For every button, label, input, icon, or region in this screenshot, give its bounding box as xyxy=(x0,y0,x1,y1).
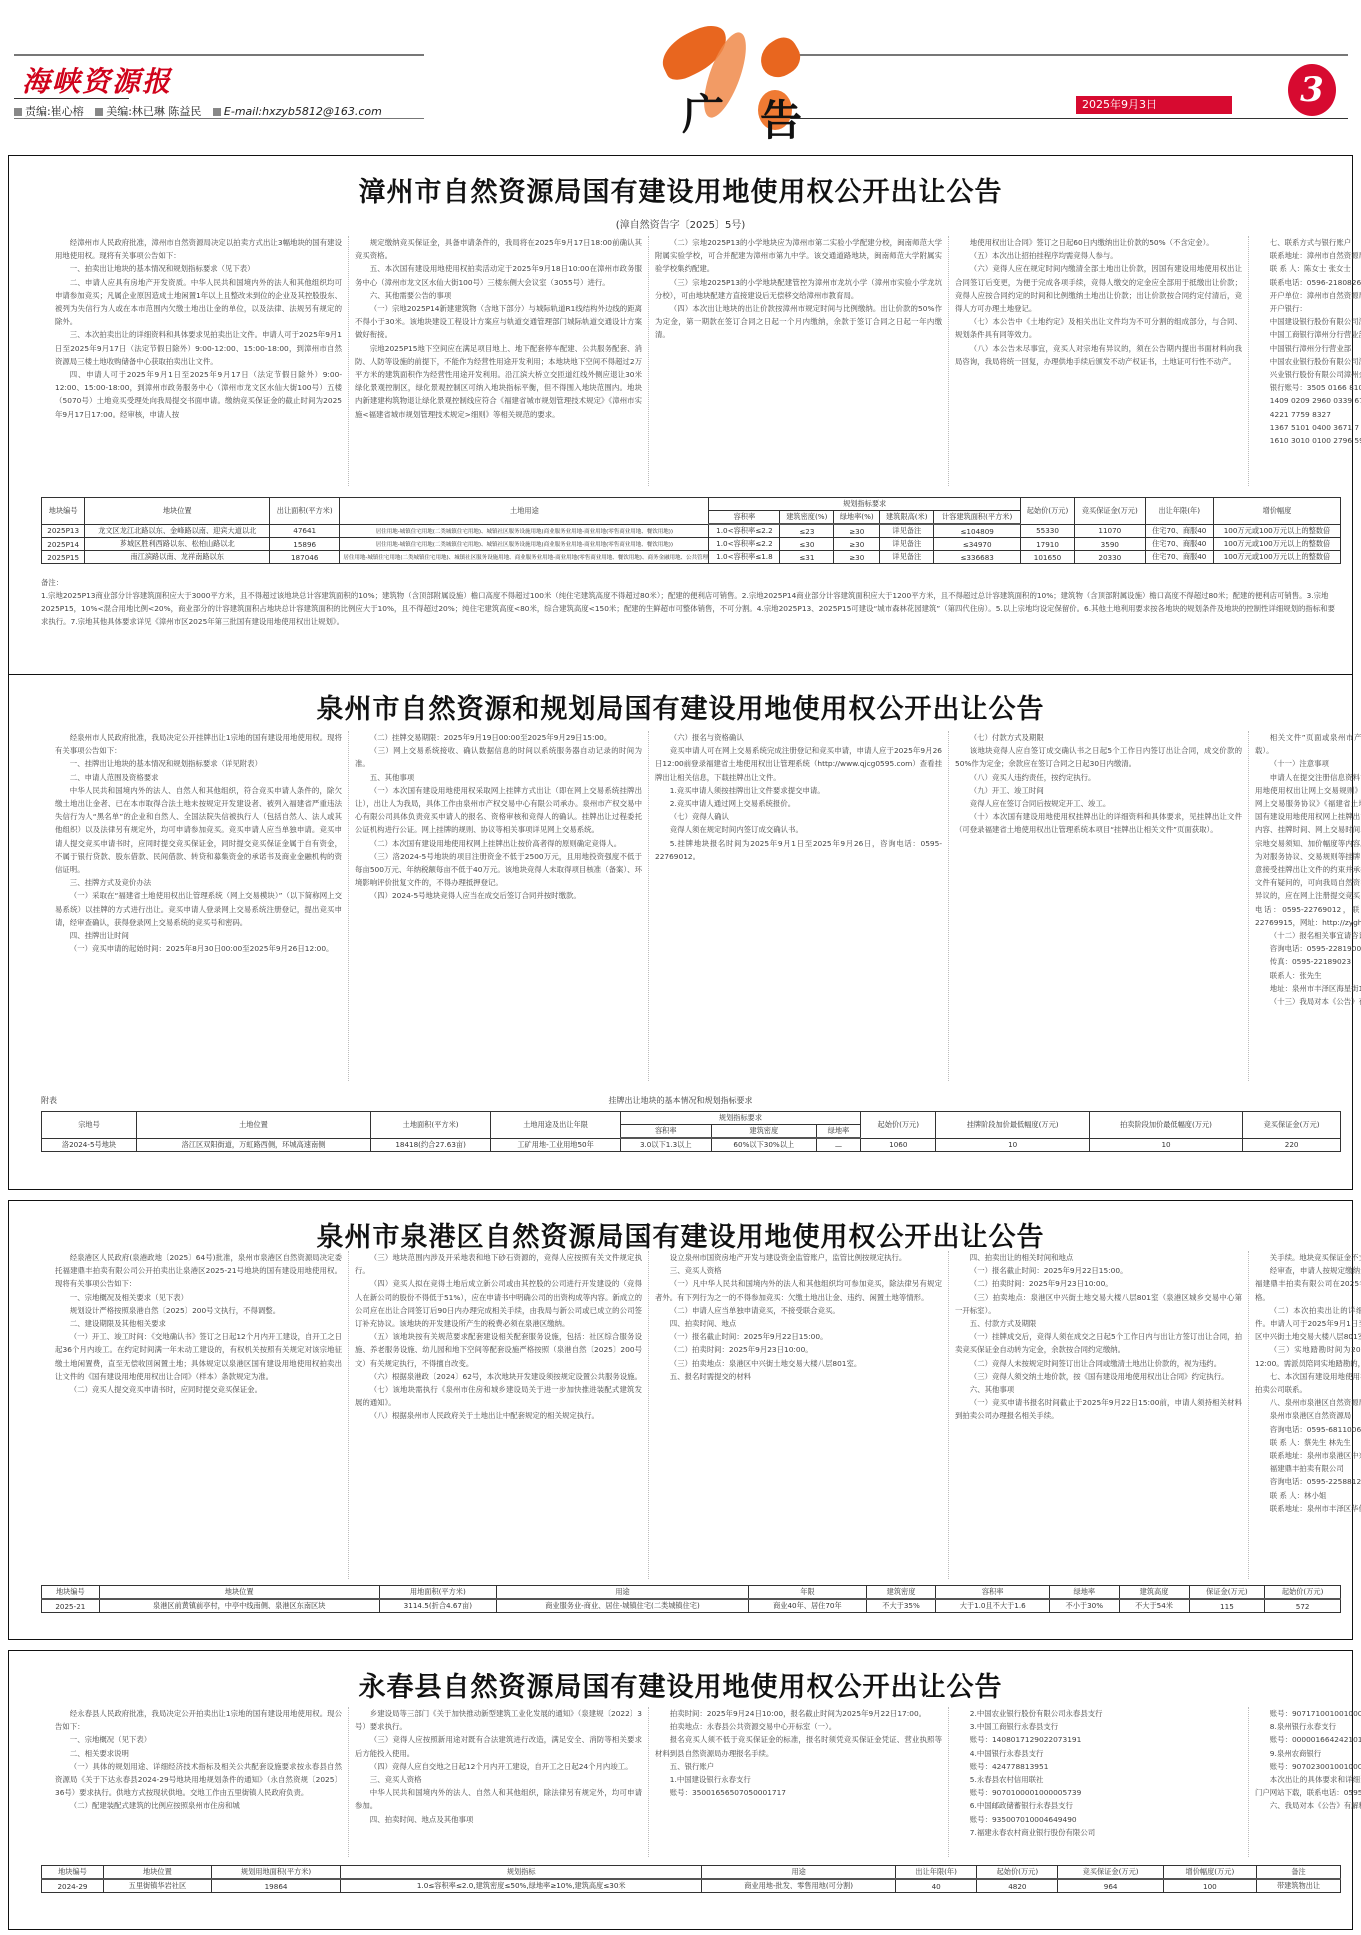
notice-title: 永春县自然资源局国有建设用地使用权公开出让公告 xyxy=(9,1665,1352,1704)
logo-underline xyxy=(14,98,129,99)
table-cell: 居住用地-城镇住宅用地(二类城镇住宅用地)、城镇社区服务设施用地(商业服务业用地… xyxy=(340,538,709,551)
paragraph: 咨询电话：0595-68110068 68110006 xyxy=(1255,1423,1361,1436)
table-cell: 2024-29 xyxy=(42,1879,104,1893)
remarks-label: 备注： xyxy=(41,576,1341,589)
table-cell: 19864 xyxy=(211,1879,340,1893)
table-row: 2024-29五里街镇华岩社区198641.0≤容积率≤2.0,建筑密度≤50%… xyxy=(42,1879,1341,1893)
table-cell: 1060 xyxy=(861,1138,936,1152)
col-header: 容积率 xyxy=(709,511,780,525)
table-cell: 1.0<容积率≤2.2 xyxy=(709,538,780,551)
paragraph: 3.中国工商银行永春县支行 xyxy=(955,1720,1242,1733)
table-cell: 100万元或100万元以上的整数倍 xyxy=(1213,538,1340,551)
paragraph: 账号：0000016642421012 xyxy=(1255,1733,1361,1746)
paragraph: 本次出让的具体要求和详细资料，申请人可到永春县人民政府门户网站下载，联系电话：0… xyxy=(1255,1773,1361,1799)
col-header: 地块位置 xyxy=(99,1586,379,1600)
paragraph: 咨询电话：0595-22588126 13506922719 xyxy=(1255,1475,1361,1488)
table-row: 2025P15南江滨路以南、龙祥南路以东187046居住用地-城镇住宅用地(二类… xyxy=(42,551,1341,564)
paragraph: 2.竞买申请人通过网上交易系统报价。 xyxy=(655,797,942,810)
notice-zhangzhou: 漳州市自然资源局国有建设用地使用权公开出让公告 (漳自然资告字〔2025〕5号)… xyxy=(8,155,1353,675)
table-cell: 1.0≤容积率≤2.0,建筑密度≤50%,绿地率≥10%,建筑高度≤30米 xyxy=(341,1879,702,1893)
parcel-table: 地块编号地块位置用地面积(平方米)用途年限建筑密度容积率绿地率建筑高度保证金(万… xyxy=(41,1585,1341,1613)
notice-quanzhou: 泉州市自然资源和规划局国有建设用地使用权公开出让公告 经泉州市人民政府批准，我局… xyxy=(8,675,1353,1190)
paragraph: （十）本次国有建设用地使用权挂牌出让的详细资料和具体要求，见挂牌出让文件（可登录… xyxy=(955,810,1242,836)
text-column: 经泉港区人民政府(泉港政地〔2025〕64号)批准，泉州市泉港区自然资源局决定委… xyxy=(49,1251,349,1579)
text-column: （三）地块范围内涉及开采地表和地下砂石资源的，竞得人应按照有关文件规定执行。（四… xyxy=(349,1251,649,1579)
designer-label: 美编:林已琳 陈益民 xyxy=(106,105,201,118)
paragraph: （十三）我局对本《公告》有解释权。 xyxy=(1255,995,1361,1008)
paragraph: （八）本公告未尽事宜，竞买人对宗地有异议的，须在公告期内提出书面材料向我局咨询，… xyxy=(955,342,1242,368)
table-cell: 洛2024-5号地块 xyxy=(42,1138,137,1152)
table-cell: 115 xyxy=(1189,1599,1265,1613)
table-cell: 不小于30% xyxy=(1050,1599,1119,1613)
text-column: 拍卖时间：2025年9月24日10:00，报名截止时间为2025年9月22日17… xyxy=(649,1707,949,1857)
paragraph: 联 系 人：蔡先生 林先生 xyxy=(1255,1436,1361,1449)
table-cell: ≤31 xyxy=(780,551,834,564)
table-cell: ≤30 xyxy=(780,538,834,551)
square-bullet-icon xyxy=(213,108,221,116)
paragraph: 联系地址：泉州市泉港区中兴街土地交易大楼八层801室 xyxy=(1255,1449,1361,1462)
paragraph: 五、报名时需提交的材料 xyxy=(655,1370,942,1383)
paragraph: （一）竞买申请的起始时间：2025年8月30日00:00至2025年9月26日1… xyxy=(55,942,342,955)
paragraph: （三）宗地2025P13的小学地块配建管控为漳州市龙坑小学（漳州市实验小学龙坑分… xyxy=(655,276,942,302)
signature: 永春县自然资源局 xyxy=(1255,1813,1361,1826)
table-cell: 龙文区龙江北路以东、金峰路以南、迎宾大道以北 xyxy=(85,524,270,538)
col-header: 建筑密度 xyxy=(866,1586,935,1600)
col-header: 土地用途 xyxy=(340,498,709,525)
table-cell: 1.0<容积率≤2.2 xyxy=(709,524,780,538)
col-header: 增价幅度 xyxy=(1213,498,1340,525)
paragraph: （二）竞得人未按规定时间签订出让合同或缴清土地出让价款的，视为违约。 xyxy=(955,1357,1242,1370)
col-header: 出让面积(平方米) xyxy=(270,498,340,525)
table-cell: 2025P13 xyxy=(42,524,85,538)
table-cell: 居住用地-城镇住宅用地(二类城镇住宅用地)、城镇社区服务设施用地、商业服务业用地… xyxy=(340,551,709,564)
table-cell: 3590 xyxy=(1075,538,1145,551)
table-cell: 15896 xyxy=(270,538,340,551)
paragraph: 三、竞买人资格 xyxy=(355,1773,642,1786)
paragraph: （二）挂牌交易期限：2025年9月19日00:00至2025年9月29日15:0… xyxy=(355,731,642,744)
paragraph: 一、拍卖出让地块的基本情况和规划指标要求（见下表） xyxy=(55,262,342,275)
paragraph: 银行账号：3505 0166 8107 0999 9999 xyxy=(1255,381,1361,394)
section-title-char: 广 xyxy=(682,82,724,142)
col-header: 竞买保证金(万元) xyxy=(1058,1866,1163,1880)
table-cell: ≥30 xyxy=(834,524,880,538)
paragraph: 地址：泉州市丰泽区海星街100号东海大厦A幢442室 xyxy=(1255,982,1361,995)
table-cell: 2025P15 xyxy=(42,551,85,564)
table-cell: 商业用地-批发、零售用地(可分割) xyxy=(702,1879,896,1893)
table-cell: 商业40年、居住70年 xyxy=(748,1599,866,1613)
table-cell: 220 xyxy=(1243,1138,1341,1152)
paragraph: 开户银行： xyxy=(1255,302,1361,315)
col-header: 地块位置 xyxy=(103,1866,211,1880)
signature: 泉州市泉港区自然资源局 xyxy=(1255,1515,1361,1528)
table-cell: 详见备注 xyxy=(880,538,934,551)
col-header: 土地面积(平方米) xyxy=(370,1112,490,1139)
col-header: 建筑密度(%) xyxy=(780,511,834,525)
paragraph: （二）拍卖时间：2025年9月23日10:00。 xyxy=(655,1343,942,1356)
table-cell: ≥30 xyxy=(834,551,880,564)
paragraph: 一、宗地概况及相关要求（见下表） xyxy=(55,1291,342,1304)
table-cell: 2025P14 xyxy=(42,538,85,551)
editor-label: 责编:崔心榕 xyxy=(25,105,84,118)
paragraph: 9.泉州农商银行 xyxy=(1255,1747,1361,1760)
notice-title: 泉州市自然资源和规划局国有建设用地使用权公开出让公告 xyxy=(9,687,1352,726)
paragraph: 联系地址：漳州市自然资源局三楼土地收购储备中心 xyxy=(1255,249,1361,262)
text-column: 地使用权出让合同》签订之日起60日内缴纳出让价款的50%（不含定金）。（五）本次… xyxy=(949,236,1249,486)
paragraph: （三）洛2024-5号地块的项目注册资金不低于2500万元，且用地投资强度不低于… xyxy=(355,850,642,890)
col-header: 规划指标要求 xyxy=(709,498,1020,511)
paragraph: 1.竞买申请人须按挂牌出让文件要求提交申请。 xyxy=(655,784,942,797)
paragraph: 中国农业银行股份有限公司漳州芗江支行 xyxy=(1255,355,1361,368)
table-row: 洛2024-5号地块洛江区双阳街道，万虹路西侧，环城高速南侧18418(约合27… xyxy=(42,1138,1341,1152)
table-cell: 2025-21 xyxy=(42,1599,100,1613)
paragraph: 经永春县人民政府批准，我局决定公开拍卖出让1宗地的国有建设用地使用权。现公告如下… xyxy=(55,1707,342,1733)
parcel-table: 宗地号 土地位置 土地面积(平方米) 土地用途及出让年限 规划指标要求 起始价(… xyxy=(41,1111,1341,1152)
col-header: 出让年限(年) xyxy=(896,1866,977,1880)
paragraph: （一）挂牌成交后，竞得人须在成交之日起5个工作日内与出让方签订出让合同，拍卖竞买… xyxy=(955,1330,1242,1356)
paragraph: 规定缴纳竞买保证金，具备申请条件的，我局将在2025年9月17日18:00前确认… xyxy=(355,236,642,262)
col-header: 容积率 xyxy=(936,1586,1050,1600)
paragraph: 7.福建永春农村商业银行股份有限公司 xyxy=(955,1826,1242,1839)
table-cell: ≤23 xyxy=(780,524,834,538)
col-header: 规划用地面积(平方米) xyxy=(211,1866,340,1880)
paragraph: 4221 7759 8327 xyxy=(1255,408,1361,421)
notice-body: 经漳州市人民政府批准，漳州市自然资源局决定以拍卖方式出让3幅地块的国有建设用地使… xyxy=(49,236,1361,486)
paragraph: 四、拍卖时间、地点及其他事项 xyxy=(355,1813,642,1826)
paragraph: 联系地址：泉州市丰泽区华侨大学北门旁华兴商务中心6楼 xyxy=(1255,1502,1361,1515)
table-cell: 101650 xyxy=(1020,551,1074,564)
col-header: 增价幅度(万元) xyxy=(1163,1866,1256,1880)
col-header: 规划指标 xyxy=(341,1866,702,1880)
paragraph: 6.中国邮政储蓄银行永春县支行 xyxy=(955,1799,1242,1812)
paragraph: 福建鼎丰拍卖有限公司 xyxy=(1255,1462,1361,1475)
table-cell: 洛江区双阳街道，万虹路西侧，环城高速南侧 xyxy=(136,1138,370,1152)
paragraph: （九）开工、竣工时间 xyxy=(955,784,1242,797)
table-cell: 1.0<容积率≤1.8 xyxy=(709,551,780,564)
paragraph: 三、挂牌方式及竞价办法 xyxy=(55,876,342,889)
table-cell: 带建筑物出让 xyxy=(1257,1879,1341,1893)
sign-date: 2025年9月1日 xyxy=(1255,1528,1361,1541)
table-cell: ≤104809 xyxy=(934,524,1020,538)
paragraph: 2.中国农业银行股份有限公司永春县支行 xyxy=(955,1707,1242,1720)
notice-subtitle: (漳自然资告字〔2025〕5号) xyxy=(9,216,1352,231)
paragraph: （七）竞得人确认 xyxy=(655,810,942,823)
col-header: 起始价(万元) xyxy=(1020,498,1074,525)
sign-date: 2025年8月28日 xyxy=(1255,1826,1361,1839)
col-header: 地块编号 xyxy=(42,1586,100,1600)
table-caption: 挂牌出让地块的基本情况和规划指标要求 xyxy=(9,1095,1352,1106)
paragraph: （一）报名截止时间：2025年9月22日15:00。 xyxy=(655,1330,942,1343)
paragraph: （一）本次国有建设用地使用权采取网上挂牌方式出让（即在网上交易系统挂牌出让），出… xyxy=(355,784,642,837)
col-header: 土地用途及出让年限 xyxy=(491,1112,620,1139)
col-header: 挂牌阶段加价最低幅度(万元) xyxy=(936,1112,1089,1139)
table-cell: ≤336683 xyxy=(934,551,1020,564)
notice-body: 经泉州市人民政府批准，我局决定公开挂牌出让1宗地的国有建设用地使用权。现将有关事… xyxy=(49,731,1361,1081)
paragraph: （四）竞买人拟在竞得土地后成立新公司或由其控股的公司进行开发建设的（竞得人在新公… xyxy=(355,1277,642,1330)
col-header: 建筑密度 xyxy=(711,1125,816,1139)
paragraph: 宗地2025P15地下空间应在满足项目地上、地下配套停车配建、公共服务配套、消防… xyxy=(355,342,642,421)
paragraph: 账号：1408017129022073191 xyxy=(955,1733,1242,1746)
paragraph: （二）申请人应当单独申请竞买，不接受联合竞买。 xyxy=(655,1304,942,1317)
paragraph: 拍卖时间：2025年9月24日10:00，报名截止时间为2025年9月22日17… xyxy=(655,1707,942,1720)
paragraph: 联系人：张先生 xyxy=(1255,969,1361,982)
col-header: 地块位置 xyxy=(85,498,270,525)
paragraph: 乡建设局等三部门《关于加快推动新型建筑工业化发展的通知》（泉建规〔2022〕3号… xyxy=(355,1707,642,1733)
paragraph: 规划设计严格按照泉港自然〔2025〕200号文执行，不得调整。 xyxy=(55,1304,342,1317)
col-header: 绿地率(%) xyxy=(834,511,880,525)
paragraph: 报名竞买人须不低于竞买保证金的标准，报名时须凭竞买保证金凭证、营业执照等材料到县… xyxy=(655,1733,942,1759)
col-header: 地块编号 xyxy=(42,498,85,525)
paragraph: （一）凡中华人民共和国境内外的法人和其他组织均可参加竞买，除法律另有规定者外。有… xyxy=(655,1277,942,1303)
col-header: 宗地号 xyxy=(42,1112,137,1139)
paragraph: 设立泉州市国资房地产开发与建设资金监管账户，监管比例按规定执行。 xyxy=(655,1251,942,1264)
paragraph: 中华人民共和国境内外的法人、自然人和其他组织，除法律另有规定外，均可申请参加。 xyxy=(355,1786,642,1812)
table-cell: 3114.5(折合4.67亩) xyxy=(379,1599,496,1613)
paragraph: （十一）注意事项 xyxy=(1255,757,1361,770)
paragraph: 二、申请人应具有房地产开发资质。中华人民共和国境内外的法人和其他组织均可申请参加… xyxy=(55,276,342,329)
paragraph: 泉州市泉港区自然资源局 xyxy=(1255,1409,1361,1422)
email-link[interactable]: E-mail:hxzyb5812@163.com xyxy=(224,105,382,118)
orange-swoosh-icon xyxy=(754,32,807,83)
square-bullet-icon xyxy=(95,108,103,116)
notice-yongchun: 永春县自然资源局国有建设用地使用权公开出让公告 经永春县人民政府批准，我局决定公… xyxy=(8,1650,1353,1930)
paragraph: （二）本次国有建设用地使用权网上挂牌出让按价高者得的原则确定竞得人。 xyxy=(355,837,642,850)
table-row: 2025P14芗城区胜利西路以东、松柏山路以北15896居住用地-城镇住宅用地(… xyxy=(42,538,1341,551)
table-row: 2025-21泉港区前黄镇前亭村，中亭中线南侧、泉港区东南区块3114.5(折合… xyxy=(42,1599,1341,1613)
col-header: 建筑高度 xyxy=(1119,1586,1189,1600)
table-cell: 详见备注 xyxy=(880,524,934,538)
page-number-badge: 3 xyxy=(1288,64,1336,116)
table-cell: 工矿用地-工业用地50年 xyxy=(491,1138,620,1152)
paragraph: 二、申请人范围及资格要求 xyxy=(55,771,342,784)
paragraph: 相关文件”页面或泉州市产权交易中心网站本项目公告中下载）。 xyxy=(1255,731,1361,757)
paragraph: （二）宗地2025P13的小学地块应为漳州市第二实验小学配建分校，闽南师范大学附… xyxy=(655,236,942,276)
paragraph: 中国工商银行漳州分行营业部 xyxy=(1255,328,1361,341)
table-row: 2025P13龙文区龙江北路以东、金峰路以南、迎宾大道以北47641居住用地-城… xyxy=(42,524,1341,538)
paragraph: 二、相关要求说明 xyxy=(55,1747,342,1760)
table-cell: 泉港区前黄镇前亭村，中亭中线南侧、泉港区东南区块 xyxy=(99,1599,379,1613)
text-column: 关手续。地块竞买保证金不支持外汇。经审查，申请人按规定缴纳竞买保证金，具备申请条… xyxy=(1249,1251,1361,1579)
table-cell: 住宅70、商服40 xyxy=(1145,524,1213,538)
paragraph: （三）拍卖地点：泉港区中兴街土地交易大楼八层801室（泉港区城乡交易中心第一开标… xyxy=(955,1291,1242,1317)
text-column: 四、拍卖出让的相关时间和地点（一）报名截止时间：2025年9月22日15:00。… xyxy=(949,1251,1249,1579)
table-cell: ≥30 xyxy=(834,538,880,551)
table-cell: 4820 xyxy=(977,1879,1058,1893)
paragraph: （二）拍卖时间：2025年9月23日10:00。 xyxy=(955,1277,1242,1290)
table-cell: 住宅70、商服40 xyxy=(1145,551,1213,564)
paragraph: （一）竞买申请书报名时间截止于2025年9月22日15:00前，申请人须持相关材… xyxy=(955,1396,1242,1422)
paragraph: （六）竞得人应在规定时间内缴清全部土地出让价款，因国有建设用地使用权出让合同签订… xyxy=(955,262,1242,315)
col-header: 竞买保证金(万元) xyxy=(1075,498,1145,525)
paragraph: 联 系 人：陈女士 张女士 xyxy=(1255,262,1361,275)
paragraph: 一、挂牌出让地块的基本情况和规划指标要求（详见附表） xyxy=(55,757,342,770)
paragraph: 五、其他事项 xyxy=(355,771,642,784)
col-header: 起始价(万元) xyxy=(977,1866,1058,1880)
col-header: 绿地率 xyxy=(816,1125,860,1139)
paragraph: （四）本次出让地块的出让价款按漳州市规定时间与比例缴纳。出让价款的50%作为定金… xyxy=(655,302,942,342)
table-cell: 47641 xyxy=(270,524,340,538)
paragraph: 账号：424778813951 xyxy=(955,1760,1242,1773)
table-cell: 不大于35% xyxy=(866,1599,935,1613)
paragraph: 经审查，申请人按规定缴纳竞买保证金，具备申请条件的，由福建鼎丰拍卖有限公司在20… xyxy=(1255,1264,1361,1304)
table-cell: 40 xyxy=(896,1879,977,1893)
table-cell: 10 xyxy=(936,1138,1089,1152)
col-header: 备注 xyxy=(1257,1866,1341,1880)
text-column: 规定缴纳竞买保证金，具备申请条件的，我局将在2025年9月17日18:00前确认… xyxy=(349,236,649,486)
table-cell: 3.0以下1.3以上 xyxy=(620,1138,711,1152)
text-column: 经永春县人民政府批准，我局决定公开拍卖出让1宗地的国有建设用地使用权。现公告如下… xyxy=(49,1707,349,1857)
col-header: 建筑限高(米) xyxy=(880,511,934,525)
paragraph: （三）实地踏勘时间为2025年9月1日至2025年9月22日12:00。需派员陪… xyxy=(1255,1343,1361,1369)
paragraph: 四、拍卖时间、地点 xyxy=(655,1317,942,1330)
remarks-text: 1.宗地2025P13商业部分计容建筑面积应大于3000平方米，且不得超过该地块… xyxy=(41,589,1341,628)
col-header: 绿地率 xyxy=(1050,1586,1119,1600)
paragraph: 5.永春县农村信用联社 xyxy=(955,1773,1242,1786)
paragraph: 关手续。地块竞买保证金不支持外汇。 xyxy=(1255,1251,1361,1264)
paragraph: 1409 0209 2960 0339 673 xyxy=(1255,394,1361,407)
table-cell: 10 xyxy=(1089,1138,1242,1152)
table-cell: 100万元或100万元以上的整数倍 xyxy=(1213,524,1340,538)
table-cell: ≤34970 xyxy=(934,538,1020,551)
paragraph: 兴业银行股份有限公司漳州金新区支行 xyxy=(1255,368,1361,381)
sign-date: 2025年8月29日 xyxy=(1255,1021,1361,1034)
paragraph: 六、其他需要公告的事项 xyxy=(355,289,642,302)
col-header: 保证金(万元) xyxy=(1189,1586,1265,1600)
newspaper-logo: 海峡资源报 xyxy=(22,60,172,100)
paragraph: （一）开工、竣工时间：《交地确认书》签订之日起12个月内开工建设，自开工之日起3… xyxy=(55,1330,342,1383)
section-badge: 广 告 xyxy=(560,20,800,140)
col-header: 土地位置 xyxy=(136,1112,370,1139)
paragraph: 经漳州市人民政府批准，漳州市自然资源局决定以拍卖方式出让3幅地块的国有建设用地使… xyxy=(55,236,342,262)
editor-credits: 责编:崔心榕 美编:林已琳 陈益民 E-mail:hxzyb5812@163.c… xyxy=(14,103,390,119)
table-cell: 55330 xyxy=(1020,524,1074,538)
paragraph: 8.泉州银行永春支行 xyxy=(1255,1720,1361,1733)
paragraph: （六）报名与资格确认 xyxy=(655,731,942,744)
col-header: 用途 xyxy=(497,1586,749,1600)
paragraph: 联系电话：0596-2180826 xyxy=(1255,276,1361,289)
notice-title: 泉州市泉港区自然资源局国有建设用地使用权公开出让公告 xyxy=(9,1215,1352,1254)
text-column: 七、联系方式与银行账户联系地址：漳州市自然资源局三楼土地收购储备中心联 系 人：… xyxy=(1249,236,1361,486)
sign-date: 2025年8月29日 xyxy=(1255,460,1361,473)
col-header: 拍卖阶段加价最低幅度(万元) xyxy=(1089,1112,1242,1139)
col-header: 起始价(万元) xyxy=(861,1112,936,1139)
col-header: 用途 xyxy=(702,1866,896,1880)
paragraph: 中华人民共和国境内外的法人、自然人和其他组织，符合竞买申请人条件的，除欠缴土地出… xyxy=(55,784,342,876)
paragraph: （五）该地块按有关规范要求配套建设相关配套服务设施，包括：社区综合服务设施、养老… xyxy=(355,1330,642,1370)
paragraph: 账号：9070100001000005739 xyxy=(955,1786,1242,1799)
paragraph: 咨询电话：0595-22819006 xyxy=(1255,942,1361,955)
text-column: （七）付款方式及期限该地块竞得人应自签订成交确认书之日起5个工作日内签订出让合同… xyxy=(949,731,1249,1081)
table-cell: 20330 xyxy=(1075,551,1145,564)
notice-title: 漳州市自然资源局国有建设用地使用权公开出让公告 xyxy=(9,170,1352,209)
paragraph: 1.中国建设银行永春支行 xyxy=(655,1773,942,1786)
paragraph: 四、挂牌出让时间 xyxy=(55,929,342,942)
text-column: 经泉州市人民政府批准，我局决定公开挂牌出让1宗地的国有建设用地使用权。现将有关事… xyxy=(49,731,349,1081)
paragraph: 4.中国银行永春县支行 xyxy=(955,1747,1242,1760)
paragraph: 五、本次国有建设用地使用权拍卖活动定于2025年9月18日10:00在漳州市政务… xyxy=(355,262,642,288)
text-column: （二）宗地2025P13的小学地块应为漳州市第二实验小学配建分校，闽南师范大学附… xyxy=(649,236,949,486)
paragraph: 竞买申请人可在网上交易系统完成注册登记和竞买申请，申请人应于2025年9月26日… xyxy=(655,744,942,784)
section-title-char: 告 xyxy=(760,88,802,148)
paragraph: （七）该地块需执行《泉州市住房和城乡建设局关于进一步加快推进装配式建筑发展的通知… xyxy=(355,1383,642,1409)
paragraph: 八、泉州市泉港区自然资源局对本《公告》有解释权。 xyxy=(1255,1396,1361,1409)
text-column: 相关文件”页面或泉州市产权交易中心网站本项目公告中下载）。（十一）注意事项申请人… xyxy=(1249,731,1361,1081)
paragraph: 传真：0595-22189023 xyxy=(1255,955,1361,968)
col-header: 容积率 xyxy=(620,1125,711,1139)
col-header: 年限 xyxy=(748,1586,866,1600)
paragraph: （一）宗地2025P14新建建筑物（含地下部分）与城际轨道R1线结构外边线的距离… xyxy=(355,302,642,342)
paragraph: （八）根据泉州市人民政府关于土地出让中配套规定的相关规定执行。 xyxy=(355,1409,642,1422)
table-cell: 住宅70、商服40 xyxy=(1145,538,1213,551)
table-cell: 964 xyxy=(1058,1879,1163,1893)
col-header: 地块编号 xyxy=(42,1866,104,1880)
paragraph: 四、申请人可于2025年9月1日至2025年9月17日（法定节假日除外）9:00… xyxy=(55,368,342,421)
notice-quangang: 泉州市泉港区自然资源局国有建设用地使用权公开出让公告 经泉港区人民政府(泉港政地… xyxy=(8,1200,1353,1640)
signature: 漳州市自然资源局 xyxy=(1255,447,1361,460)
table-cell: 17910 xyxy=(1020,538,1074,551)
paragraph: 账号：90702300100100000102779 xyxy=(1255,1760,1361,1773)
col-header: 规划指标要求 xyxy=(620,1112,860,1125)
paragraph: （二）竞买人提交竞买申请书时，应同时提交竞买保证金。 xyxy=(55,1383,342,1396)
table-cell: 100 xyxy=(1163,1879,1256,1893)
paragraph: （八）竞买人违约责任，按约定执行。 xyxy=(955,771,1242,784)
col-header: 起始价(万元) xyxy=(1265,1586,1341,1600)
paragraph: 一、宗地概况（见下表） xyxy=(55,1733,342,1746)
col-header: 竞买保证金(万元) xyxy=(1243,1112,1341,1139)
masthead-rule xyxy=(775,118,1348,119)
paragraph: （三）竞得人应按照新用途对既有合法建筑进行改造，满足安全、消防等相关要求后方能投… xyxy=(355,1733,642,1759)
col-header: 用地面积(平方米) xyxy=(379,1586,496,1600)
paragraph: 地使用权出让合同》签订之日起60日内缴纳出让价款的50%（不含定金）。 xyxy=(955,236,1242,249)
table-cell: 18418(约合27.63亩) xyxy=(370,1138,490,1152)
paragraph: （一）采取在“福建省土地使用权出让管理系统（网上交易模块）”（以下简称网上交易系… xyxy=(55,889,342,929)
paragraph: （三）网上交易系统接收、确认数据信息的时间以系统服务器自动记录的时间为准。 xyxy=(355,744,642,770)
table-cell: 南江滨路以南、龙祥南路以东 xyxy=(85,551,270,564)
paragraph: 七、联系方式与银行账户 xyxy=(1255,236,1361,249)
paragraph: 七、本次国有建设用地使用权拍卖出让的有关事宜，可直接与拍卖公司联系。 xyxy=(1255,1370,1361,1396)
table-cell: 详见备注 xyxy=(880,551,934,564)
paragraph: （三）竞得人须交纳土地价款，按《国有建设用地使用权出让合同》约定执行。 xyxy=(955,1370,1242,1383)
paragraph: 5.挂牌地块报名时间为2025年9月1日至2025年9月26日，咨询电话：059… xyxy=(655,837,942,863)
paragraph: 四、拍卖出让的相关时间和地点 xyxy=(955,1251,1242,1264)
table-cell: 187046 xyxy=(270,551,340,564)
table-cell: 不大于54米 xyxy=(1119,1599,1189,1613)
text-column: 经漳州市人民政府批准，漳州市自然资源局决定以拍卖方式出让3幅地块的国有建设用地使… xyxy=(49,236,349,486)
masthead-rule xyxy=(14,118,424,119)
paragraph: （十二）报名相关事宜请咨询泉州市产权交易中心有限公司 xyxy=(1255,929,1361,942)
paragraph: 中国建设银行股份有限公司漳州市东城支行 xyxy=(1255,315,1361,328)
paragraph: 经泉州市人民政府批准，我局决定公开挂牌出让1宗地的国有建设用地使用权。现将有关事… xyxy=(55,731,342,757)
paragraph: 经泉港区人民政府(泉港政地〔2025〕64号)批准，泉州市泉港区自然资源局决定委… xyxy=(55,1251,342,1291)
paragraph: （五）本次出让招拍挂程序均需竞得人参与。 xyxy=(955,249,1242,262)
col-header: 计容建筑面积(平方米) xyxy=(934,511,1020,525)
text-column: 账号：907171001001000000093478.泉州银行永春支行账号：0… xyxy=(1249,1707,1361,1857)
paragraph: 该地块竞得人应自签订成交确认书之日起5个工作日内签订出让合同，成交价款的50%作… xyxy=(955,744,1242,770)
notice-body: 经永春县人民政府批准，我局决定公开拍卖出让1宗地的国有建设用地使用权。现公告如下… xyxy=(49,1707,1361,1857)
paragraph: 申请人在提交注册信息资料前，须详细阅读《福建省国有建设用地使用权出让网上交易规则… xyxy=(1255,771,1361,929)
masthead-rule xyxy=(775,54,1348,56)
text-column: 乡建设局等三部门《关于加快推动新型建筑工业化发展的通知》（泉建规〔2022〕3号… xyxy=(349,1707,649,1857)
col-header: 出让年限(年) xyxy=(1145,498,1213,525)
paragraph: （二）本次拍卖出让的详细资料和具体要求，见拍卖出让文件。申请人可于2025年9月… xyxy=(1255,1304,1361,1344)
paragraph: 竞得人应在签订合同后按规定开工、竣工。 xyxy=(955,797,1242,810)
paragraph: 账号：90717100100100000009347 xyxy=(1255,1707,1361,1720)
paragraph: 1367 5101 0400 3671 7 xyxy=(1255,421,1361,434)
paragraph: 账号：35001656507050001717 xyxy=(655,1786,942,1799)
paragraph: （一）报名截止时间：2025年9月22日15:00。 xyxy=(955,1264,1242,1277)
table-cell: 100万元或100万元以上的整数倍 xyxy=(1213,551,1340,564)
table-cell: 商业服务业-商业、居住-城镇住宅(二类城镇住宅) xyxy=(497,1599,749,1613)
parcel-table: 地块编号 地块位置 出让面积(平方米) 土地用途 规划指标要求 起始价(万元) … xyxy=(41,497,1341,564)
